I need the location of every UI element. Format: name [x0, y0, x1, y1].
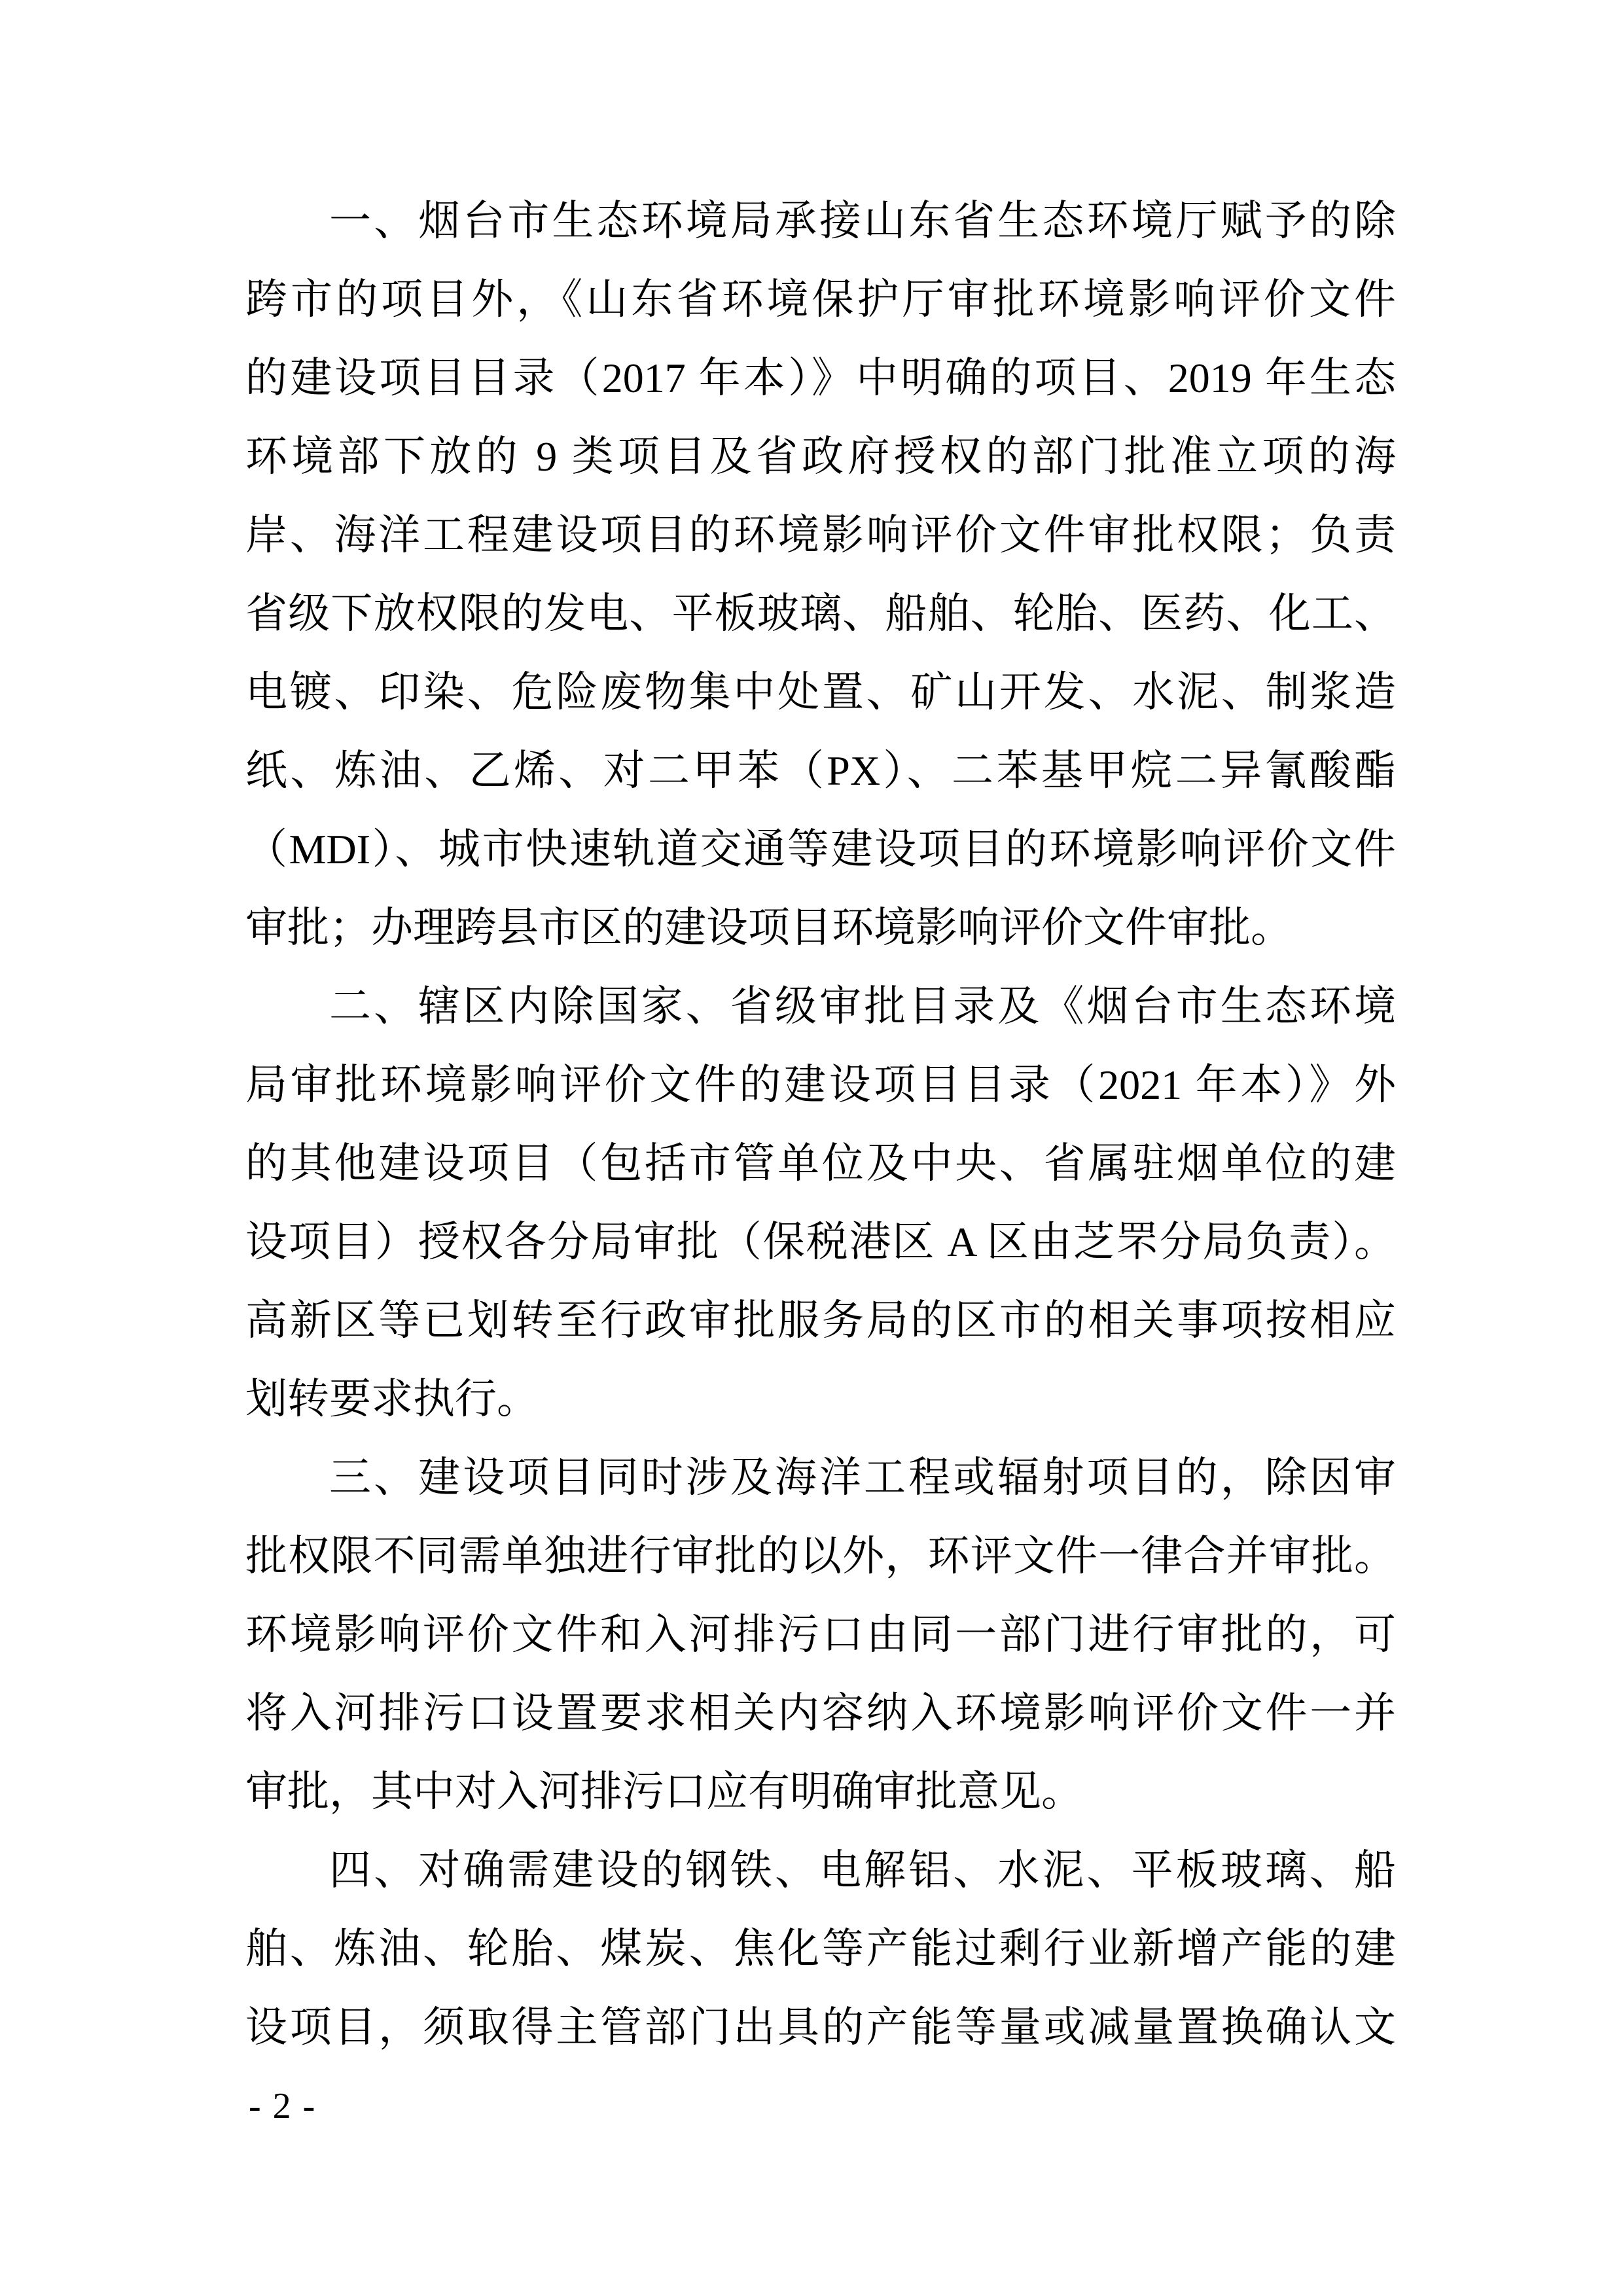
text-line: 一、烟台市生态环境局承接山东省生态环境厅赋予的除 — [245, 182, 1396, 260]
text-line: 环境部下放的 9 类项目及省政府授权的部门批准立项的海 — [245, 418, 1396, 496]
text-line: 电镀、印染、危险废物集中处置、矿山开发、水泥、制浆造 — [245, 653, 1396, 732]
text-line: 四、对确需建设的钢铁、电解铝、水泥、平板玻璃、船 — [245, 1831, 1396, 1910]
text-line: 审批，其中对入河排污口应有明确审批意见。 — [245, 1753, 1396, 1831]
text-line: 高新区等已划转至行政审批服务局的区市的相关事项按相应 — [245, 1282, 1396, 1360]
text-line: （MDI）、城市快速轨道交通等建设项目的环境影响评价文件 — [245, 810, 1396, 889]
paragraph-item-3: 三、建设项目同时涉及海洋工程或辐射项目的，除因审批权限不同需单独进行审批的以外，… — [245, 1439, 1396, 1831]
text-line: 的其他建设项目（包括市管单位及中央、省属驻烟单位的建 — [245, 1124, 1396, 1203]
text-line: 划转要求执行。 — [245, 1360, 1396, 1439]
paragraph-item-4: 四、对确需建设的钢铁、电解铝、水泥、平板玻璃、船舶、炼油、轮胎、煤炭、焦化等产能… — [245, 1831, 1396, 2067]
paragraph-item-2: 二、辖区内除国家、省级审批目录及《烟台市生态环境局审批环境影响评价文件的建设项目… — [245, 967, 1396, 1439]
text-line: 纸、炼油、乙烯、对二甲苯（PX）、二苯基甲烷二异氰酸酯 — [245, 732, 1396, 810]
document-page: 一、烟台市生态环境局承接山东省生态环境厅赋予的除跨市的项目外，《山东省环境保护厅… — [0, 0, 1623, 2296]
text-line: 将入河排污口设置要求相关内容纳入环境影响评价文件一并 — [245, 1674, 1396, 1753]
document-body: 一、烟台市生态环境局承接山东省生态环境厅赋予的除跨市的项目外，《山东省环境保护厅… — [245, 182, 1396, 2067]
text-line: 二、辖区内除国家、省级审批目录及《烟台市生态环境 — [245, 967, 1396, 1046]
paragraph-item-1: 一、烟台市生态环境局承接山东省生态环境厅赋予的除跨市的项目外，《山东省环境保护厅… — [245, 182, 1396, 967]
text-line: 审批；办理跨县市区的建设项目环境影响评价文件审批。 — [245, 889, 1396, 967]
text-line: 批权限不同需单独进行审批的以外，环评文件一律合并审批。 — [245, 1517, 1396, 1596]
text-line: 省级下放权限的发电、平板玻璃、船舶、轮胎、医药、化工、 — [245, 575, 1396, 653]
page-number: - 2 - — [249, 2085, 316, 2127]
text-line: 跨市的项目外，《山东省环境保护厅审批环境影响评价文件 — [245, 260, 1396, 339]
text-line: 设项目）授权各分局审批（保税港区 A 区由芝罘分局负责）。 — [245, 1203, 1396, 1282]
text-line: 岸、海洋工程建设项目的环境影响评价文件审批权限；负责 — [245, 496, 1396, 575]
text-line: 三、建设项目同时涉及海洋工程或辐射项目的，除因审 — [245, 1439, 1396, 1517]
text-line: 局审批环境影响评价文件的建设项目目录（2021 年本）》外 — [245, 1046, 1396, 1124]
text-line: 的建设项目目录（2017 年本）》中明确的项目、2019 年生态 — [245, 339, 1396, 418]
text-line: 设项目，须取得主管部门出具的产能等量或减量置换确认文 — [245, 1988, 1396, 2067]
text-line: 舶、炼油、轮胎、煤炭、焦化等产能过剩行业新增产能的建 — [245, 1910, 1396, 1988]
text-line: 环境影响评价文件和入河排污口由同一部门进行审批的，可 — [245, 1596, 1396, 1674]
